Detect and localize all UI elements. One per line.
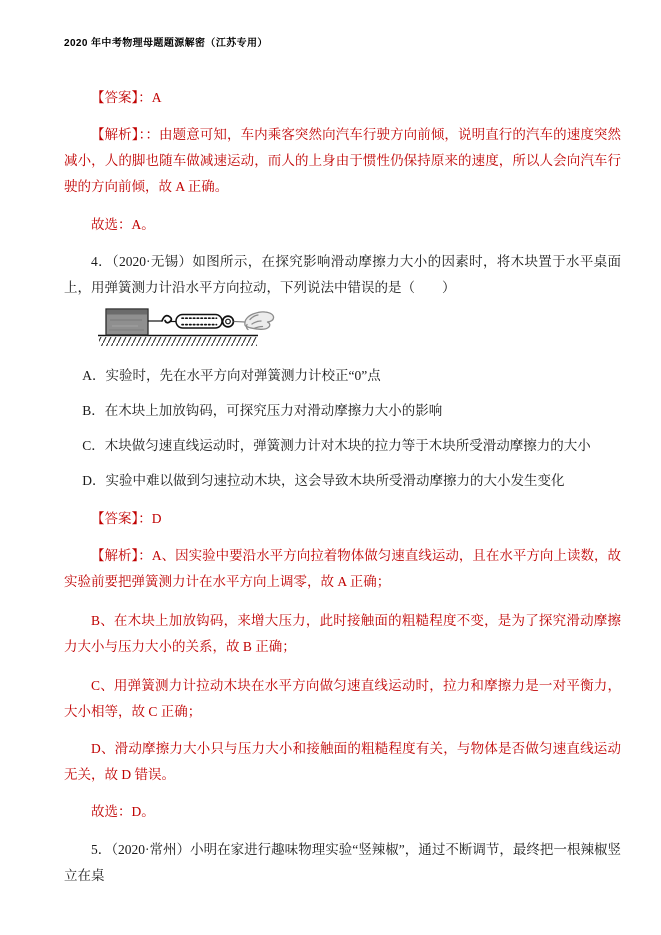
q4-figure <box>98 303 280 353</box>
q4-conclusion: 故选：D。 <box>64 799 621 825</box>
doc-header-title: 2020 年中考物理母题题源解密（江苏专用） <box>64 34 621 49</box>
q4-option-d: D．实验中难以做到匀速拉动木块，这会导致木块所受滑动摩擦力的大小发生变化 <box>64 468 621 494</box>
pull-ring-icon <box>223 316 234 327</box>
document-content: 2020 年中考物理母题题源解密（江苏专用） 【答案】：A 【解析】：：由题意可… <box>64 34 621 889</box>
q4-analysis-d: D、滑动摩擦力大小只与压力大小和接触面的粗糙程度有关，与物体是否做匀速直线运动无… <box>64 736 621 788</box>
q3-answer-line: 【答案】：A <box>64 85 621 111</box>
document-page: 2020 年中考物理母题题源解密（江苏专用） 【答案】：A 【解析】：：由题意可… <box>0 0 661 935</box>
hand-icon <box>245 312 274 330</box>
q5-stem: 5．（2020·常州）小明在家进行趣味物理实验“竖辣椒”，通过不断调节，最终把一… <box>64 837 621 889</box>
q4-option-c: C．木块做匀速直线运动时，弹簧测力计对木块的拉力等于木块所受滑动摩擦力的大小 <box>64 433 621 459</box>
q4-answer-line: 【答案】：D <box>64 506 621 532</box>
q4-option-a: A．实验时，先在水平方向对弹簧测力计校正“0”点 <box>64 363 621 389</box>
q3-analysis: 【解析】：：由题意可知，车内乘客突然向汽车行驶方向前倾，说明直行的汽车的速度突然… <box>64 122 621 200</box>
q4-analysis-a: 【解析】：A、因实验中要沿水平方向拉着物体做匀速直线运动，且在水平方向上读数，故… <box>64 543 621 595</box>
q4-analysis-b: B、在木块上加放钩码，来增大压力，此时接触面的粗糙程度不变，是为了探究滑动摩擦力… <box>64 608 621 660</box>
wood-block-icon <box>106 309 148 335</box>
q4-option-b: B．在木块上加放钩码，可探究压力对滑动摩擦力大小的影响 <box>64 398 621 424</box>
hatched-table-surface-icon <box>98 336 258 347</box>
hand-rope-icon <box>234 322 246 323</box>
q3-conclusion: 故选：A。 <box>64 212 621 238</box>
spring-scale-icon <box>176 315 222 329</box>
q4-analysis-c: C、用弹簧测力计拉动木块在水平方向做匀速直线运动时，拉力和摩擦力是一对平衡力，大… <box>64 673 621 725</box>
q4-stem: 4．（2020·无锡）如图所示，在探究影响滑动摩擦力大小的因素时，将木块置于水平… <box>64 249 621 301</box>
